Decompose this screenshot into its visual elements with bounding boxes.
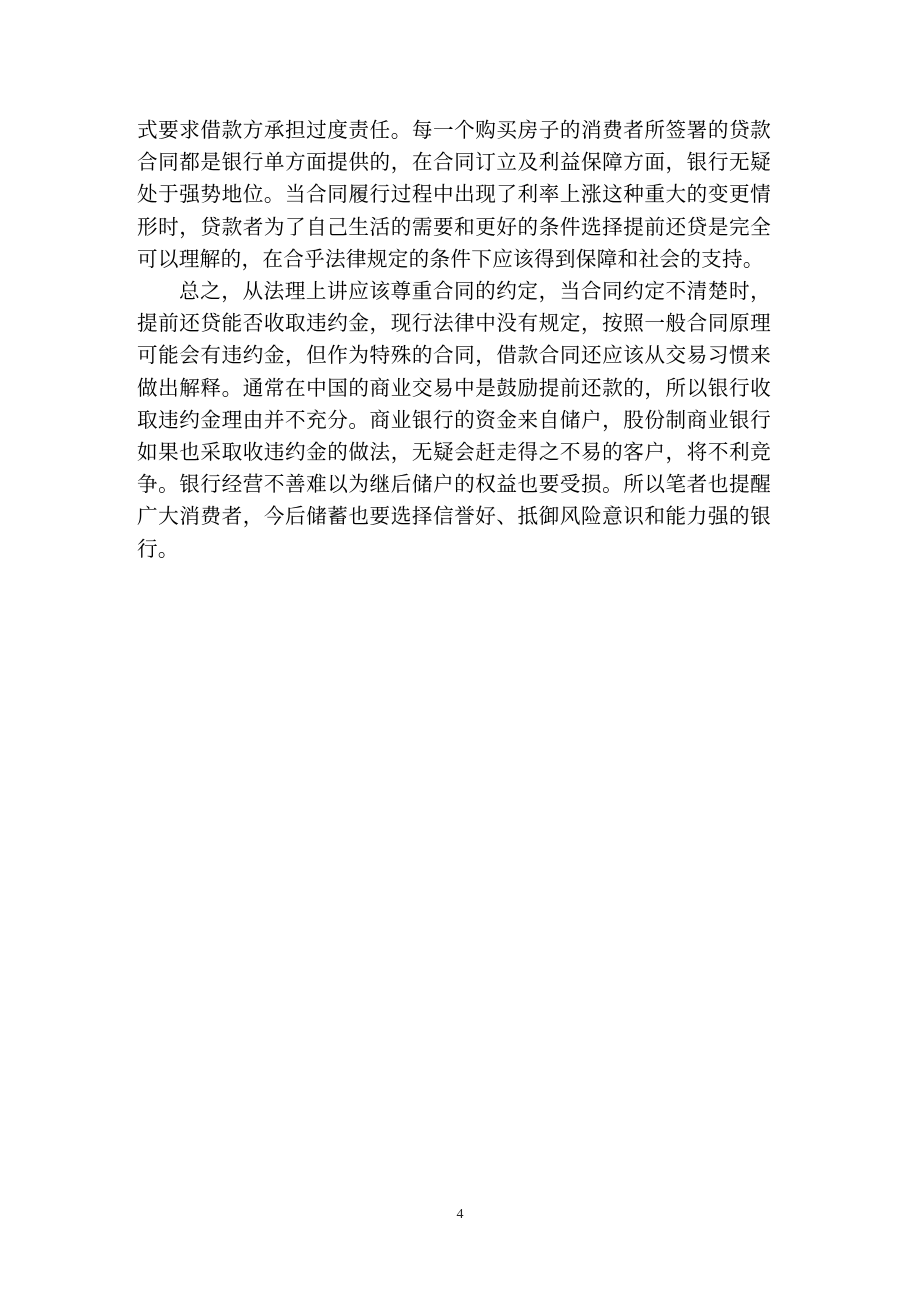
document-page: 式要求借款方承担过度责任。每一个购买房子的消费者所签署的贷款合同都是银行单方面提… xyxy=(0,0,920,1302)
page-number: 4 xyxy=(0,1207,920,1223)
document-body: 式要求借款方承担过度责任。每一个购买房子的消费者所签署的贷款合同都是银行单方面提… xyxy=(137,114,771,565)
paragraph-conclusion: 总之，从法理上讲应该尊重合同的约定，当合同约定不清楚时，提前还贷能否收取违约金，… xyxy=(137,275,771,565)
paragraph-continuation: 式要求借款方承担过度责任。每一个购买房子的消费者所签署的贷款合同都是银行单方面提… xyxy=(137,114,771,275)
